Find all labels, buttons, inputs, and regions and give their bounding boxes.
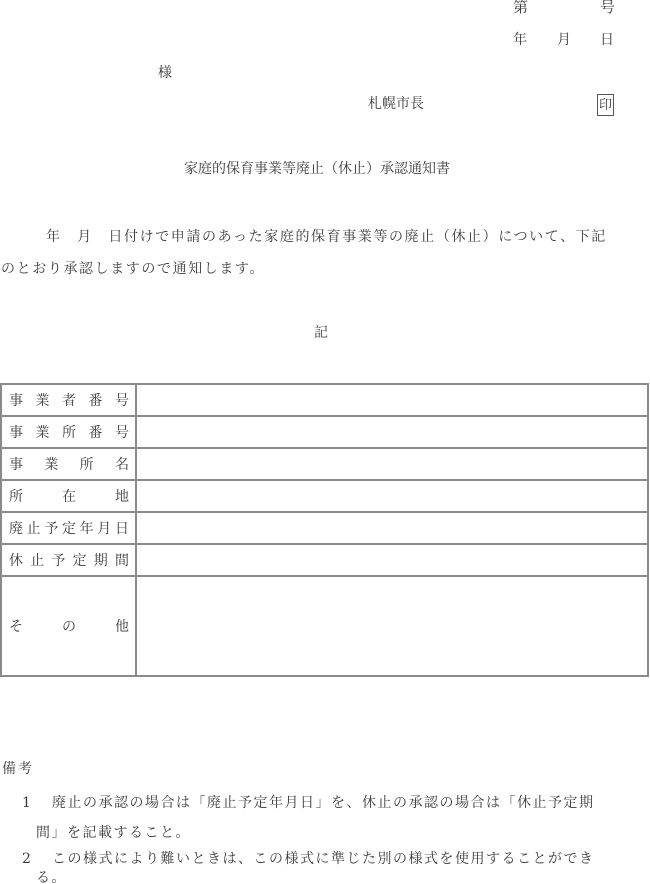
table-row: 廃止予定年月日 [1, 512, 648, 544]
note-1-text: 廃止の承認の場合は「廃止予定年月日」を、休止の承認の場合は「休止予定期 [52, 795, 595, 811]
note-2-line-2: る。 [36, 871, 67, 884]
seal-stamp-icon: 印 [597, 94, 614, 116]
note-2-line-1: 2この様式により難いときは、この様式に準じた別の様式を使用することができ [22, 852, 595, 866]
field-label: 事業所名 [1, 448, 136, 480]
field-label-text: 事業所番号 [9, 422, 129, 442]
label-char: 名 [115, 454, 129, 474]
field-value[interactable] [136, 448, 648, 480]
table-row: 休止予定期間 [1, 544, 648, 576]
table-row: 事業者番号 [1, 384, 648, 416]
field-label-text: 事業所名 [9, 454, 129, 474]
label-char: 号 [115, 422, 129, 442]
label-char: 休 [9, 550, 23, 570]
label-char: 業 [44, 454, 58, 474]
label-char: 予 [51, 550, 65, 570]
note-1-line-1: 1廃止の承認の場合は「廃止予定年月日」を、休止の承認の場合は「休止予定期 [22, 796, 595, 810]
label-char: 他 [115, 616, 129, 636]
label-char: 日 [115, 518, 129, 538]
label-char: 番 [89, 422, 103, 442]
ki-heading: 記 [314, 326, 328, 340]
field-value[interactable] [136, 416, 648, 448]
label-char: そ [9, 616, 23, 636]
field-label: 廃止予定年月日 [1, 512, 136, 544]
document-title: 家庭的保育事業等廃止（休止）承認通知書 [184, 162, 450, 176]
label-char: 間 [115, 550, 129, 570]
label-char: 地 [115, 486, 129, 506]
document-number-prefix: 第 [513, 0, 528, 15]
label-char: 期 [94, 550, 108, 570]
label-char: 止 [27, 518, 41, 538]
note-1-number: 1 [22, 796, 52, 810]
note-2-text: この様式により難いときは、この様式に準じた別の様式を使用することができ [52, 851, 595, 867]
table-row: 事業所番号 [1, 416, 648, 448]
note-1-line-2: 間」を記載すること。 [36, 826, 191, 840]
field-label-text: 事業者番号 [9, 390, 129, 410]
field-label: 所在地 [1, 480, 136, 512]
field-label: その他 [1, 576, 136, 676]
table-row: 所在地 [1, 480, 648, 512]
issuer-name: 札幌市長 [368, 97, 424, 111]
notes-title: 備考 [2, 762, 34, 776]
field-value[interactable] [136, 544, 648, 576]
note-2-number: 2 [22, 852, 52, 866]
label-char: 号 [115, 390, 129, 410]
label-char: 所 [9, 486, 23, 506]
label-char: 事 [9, 454, 23, 474]
field-label-text: その他 [9, 616, 129, 636]
label-char: 年 [80, 518, 94, 538]
field-value[interactable] [136, 384, 648, 416]
date-day-label: 日 [600, 33, 614, 47]
field-label: 事業者番号 [1, 384, 136, 416]
label-char: 廃 [9, 518, 23, 538]
label-char: の [62, 616, 76, 636]
body-text-line-2: のとおり承認しますので通知します。 [1, 262, 265, 276]
label-char: 止 [30, 550, 44, 570]
label-char: 者 [62, 390, 76, 410]
label-char: 在 [62, 486, 76, 506]
label-char: 業 [36, 390, 50, 410]
field-label-text: 廃止予定年月日 [9, 518, 129, 538]
label-char: 定 [73, 550, 87, 570]
label-char: 所 [80, 454, 94, 474]
field-label: 休止予定期間 [1, 544, 136, 576]
label-char: 事 [9, 422, 23, 442]
field-label-text: 所在地 [9, 486, 129, 506]
label-char: 予 [44, 518, 58, 538]
table-row: その他 [1, 576, 648, 676]
field-label-text: 休止予定期間 [9, 550, 129, 570]
field-value[interactable] [136, 512, 648, 544]
body-text-line-1: 年 月 日付けで申請のあった家庭的保育事業等の廃止（休止）について、下記 [46, 230, 607, 244]
approval-details-table: 事業者番号事業所番号事業所名所在地廃止予定年月日休止予定期間その他 [0, 383, 649, 677]
table-row: 事業所名 [1, 448, 648, 480]
field-value[interactable] [136, 576, 648, 676]
date-month-label: 月 [557, 33, 571, 47]
label-char: 所 [62, 422, 76, 442]
date-year-label: 年 [513, 33, 527, 47]
label-char: 事 [9, 390, 23, 410]
field-value[interactable] [136, 480, 648, 512]
label-char: 定 [62, 518, 76, 538]
label-char: 月 [97, 518, 111, 538]
field-label: 事業所番号 [1, 416, 136, 448]
label-char: 番 [89, 390, 103, 410]
label-char: 業 [36, 422, 50, 442]
addressee-suffix: 様 [158, 66, 172, 80]
document-number-suffix: 号 [600, 0, 615, 15]
